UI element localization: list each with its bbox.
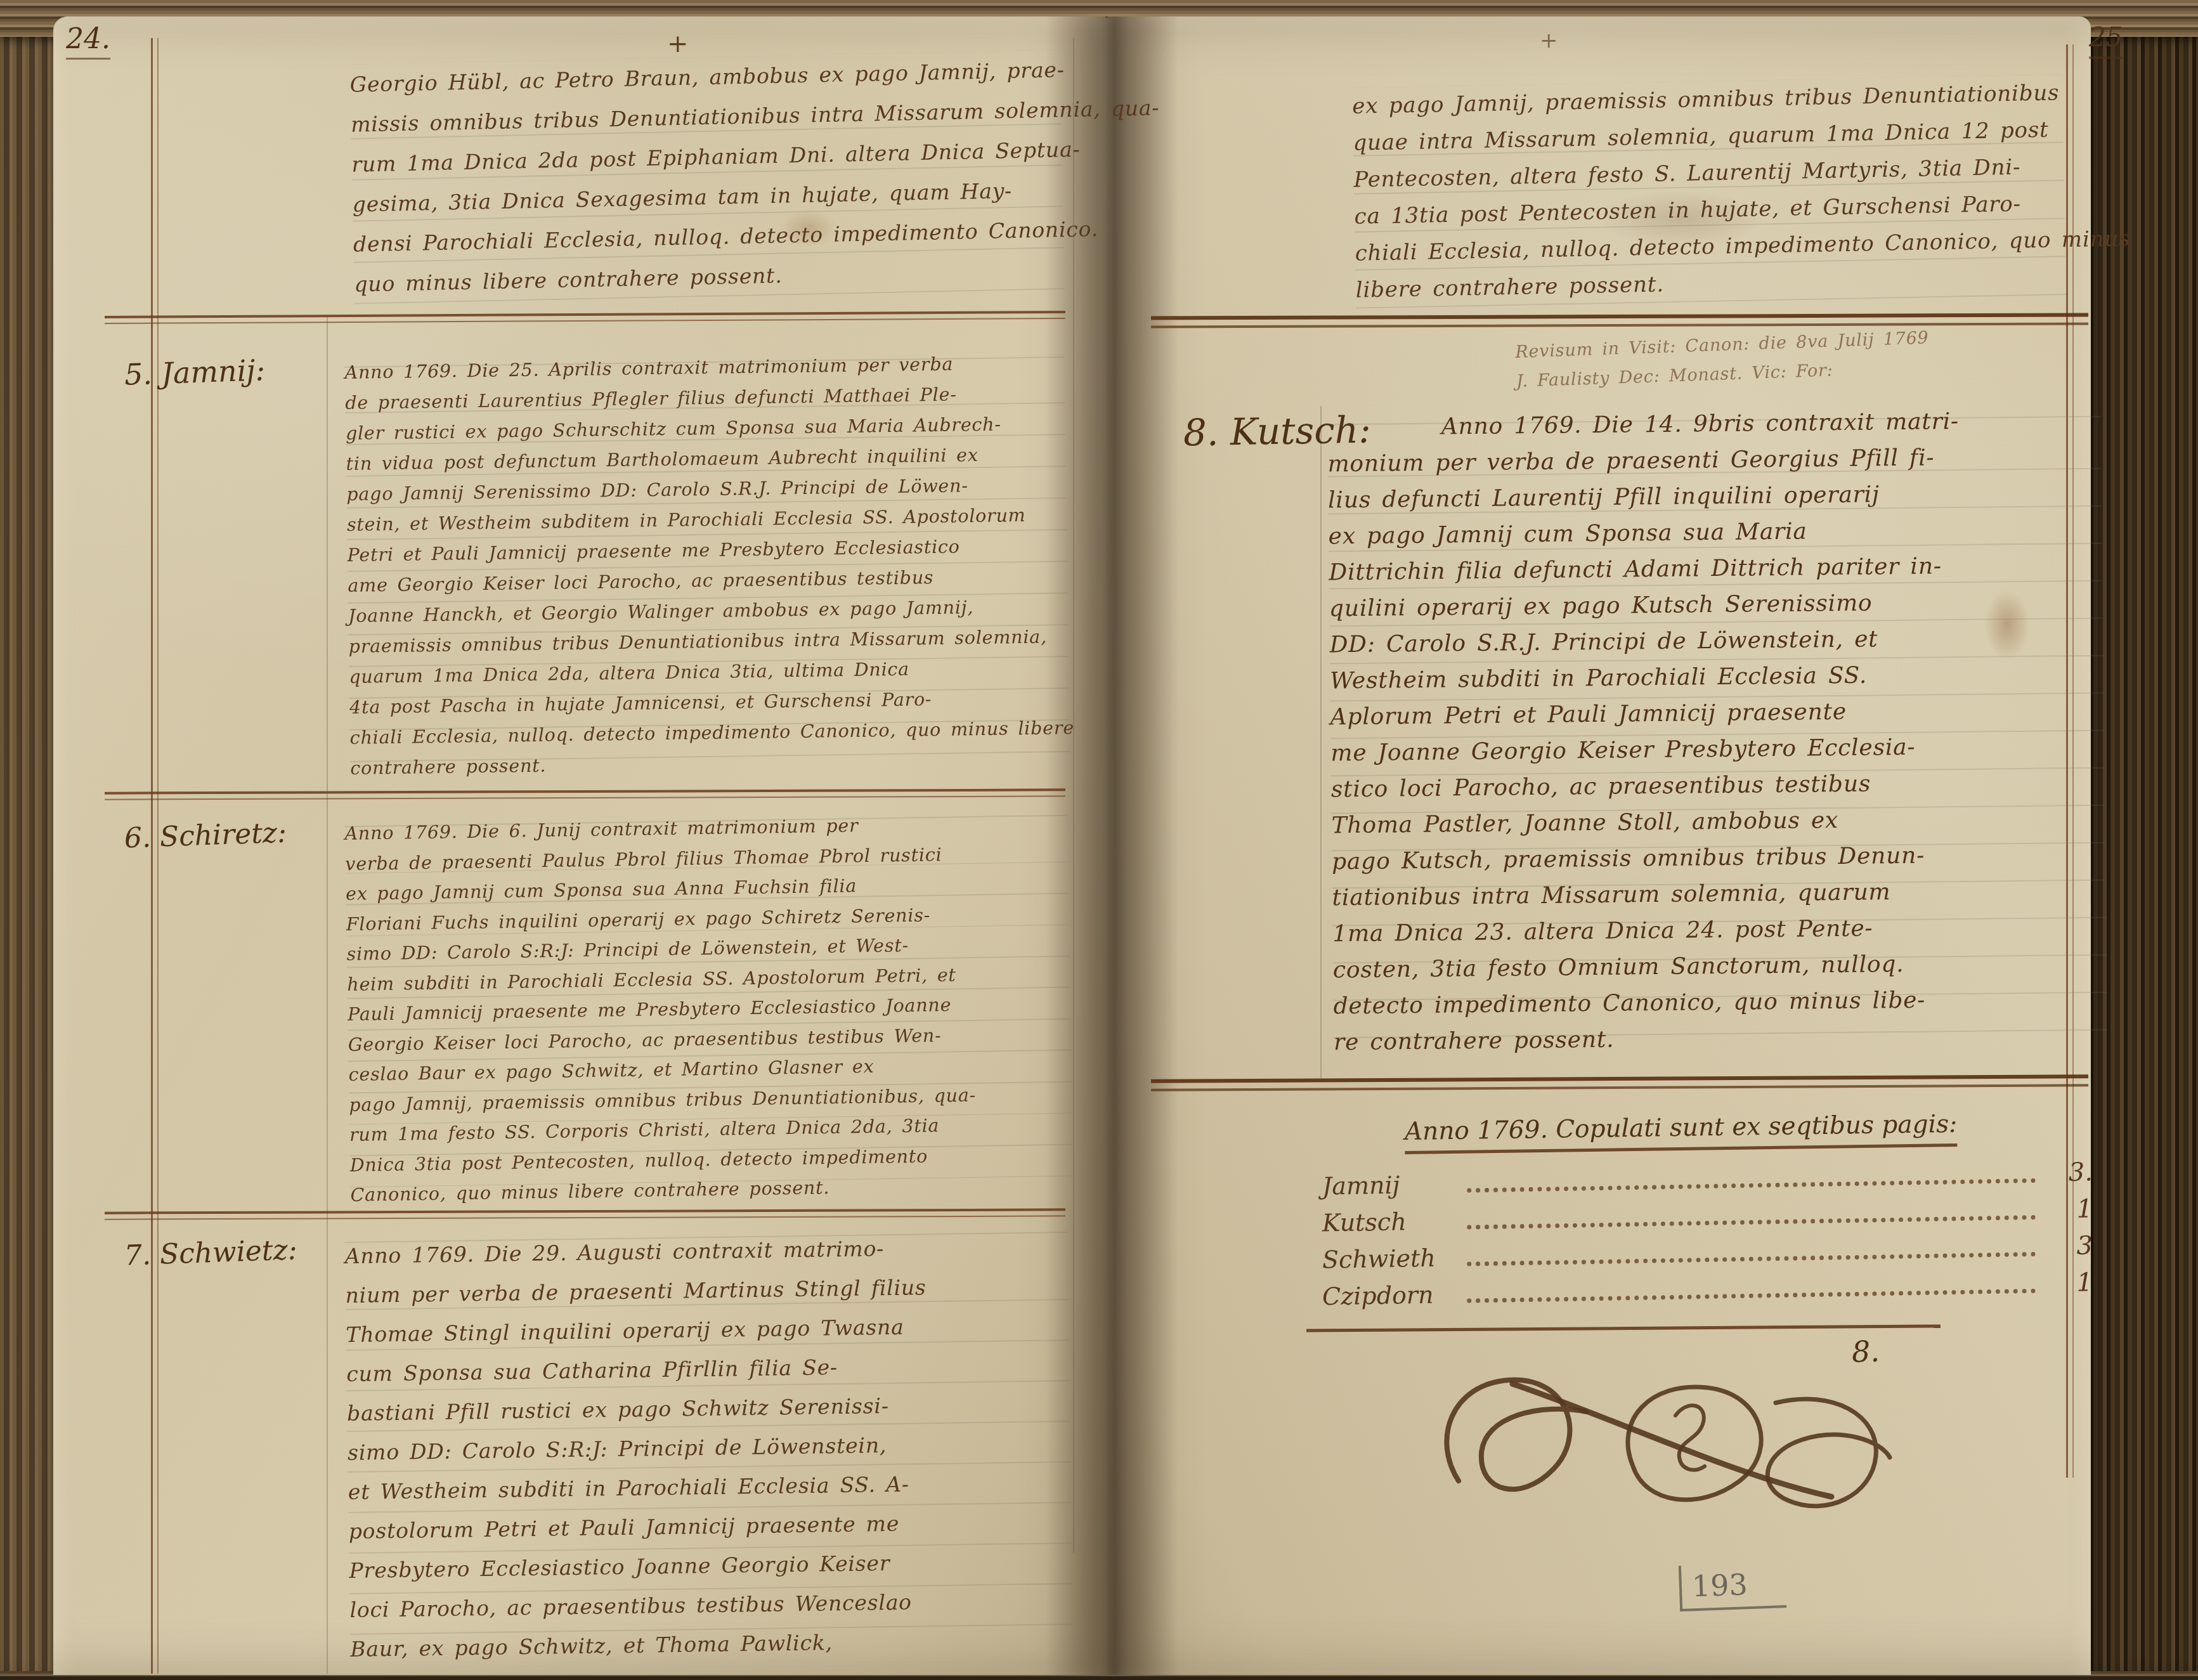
summary-row: Kutsch 1 — [1322, 1194, 2093, 1237]
right-intro-paragraph: ex pago Jamnij, praemissis omnibus tribu… — [1352, 74, 2066, 308]
summary-title: Anno 1769. Copulati sunt ex seqtibus pag… — [1405, 1110, 1958, 1154]
entry-6-body: Anno 1769. Die 6. Junij contraxit matrim… — [344, 807, 1074, 1210]
page-number-right: 25 — [2089, 22, 2123, 59]
entry-5-heading: 5. Jamnij: — [124, 353, 266, 392]
cross-mark-icon: + — [1540, 28, 1558, 53]
dot-leader — [1467, 1196, 2036, 1230]
entry-7-heading: 7. Schwietz: — [124, 1234, 297, 1272]
summary-count: 1 — [2052, 1268, 2093, 1298]
folio-number-pencil: 193 — [1679, 1562, 1786, 1612]
summary-row: Czipdorn 1 — [1322, 1268, 2093, 1310]
entry-7-body: Anno 1769. Die 29. Augusti contraxit mat… — [344, 1227, 1073, 1669]
summary-place: Czipdorn — [1322, 1280, 1456, 1311]
summary-count: 1 — [2052, 1194, 2093, 1224]
page-number-left: 24. — [66, 23, 110, 60]
pen-flourish — [1421, 1345, 1915, 1541]
cross-mark-icon: + — [667, 29, 689, 58]
right-margin-guide-left-page — [1073, 38, 1079, 1553]
dot-leader — [1467, 1233, 2036, 1267]
heading-column-guide — [327, 317, 332, 1674]
entry-6-heading: 6. Schiretz: — [124, 817, 287, 855]
entry-8-body: Anno 1769. Die 14. 9bris contraxit matri… — [1327, 402, 2108, 1061]
manuscript-scan: { "marks": {"cross": "+"}, "page_numbers… — [0, 0, 2198, 1680]
dot-leader — [1467, 1270, 2036, 1303]
summary-table: Jamnij 3. Kutsch 1 Schwieth 3 Czipdorn 1 — [1322, 1164, 2093, 1312]
summary-place: Jamnij — [1322, 1170, 1456, 1201]
summary-count: 3 — [2052, 1231, 2093, 1261]
left-intro-paragraph: Georgio Hübl, ac Petro Braun, ambobus ex… — [349, 49, 1065, 304]
summary-place: Kutsch — [1322, 1207, 1456, 1237]
summary-row: Schwieth 3 — [1322, 1231, 2093, 1273]
margin-rule-left-page — [151, 38, 159, 1674]
summary-place: Schwieth — [1322, 1244, 1456, 1274]
left-margin-guide-right-page — [1320, 406, 1326, 1078]
summary-count: 3. — [2052, 1157, 2093, 1187]
entry-5-body: Anno 1769. Die 25. Aprilis contraxit mat… — [344, 348, 1070, 784]
summary-row: Jamnij 3. — [1322, 1157, 2093, 1200]
dot-leader — [1467, 1159, 2036, 1193]
